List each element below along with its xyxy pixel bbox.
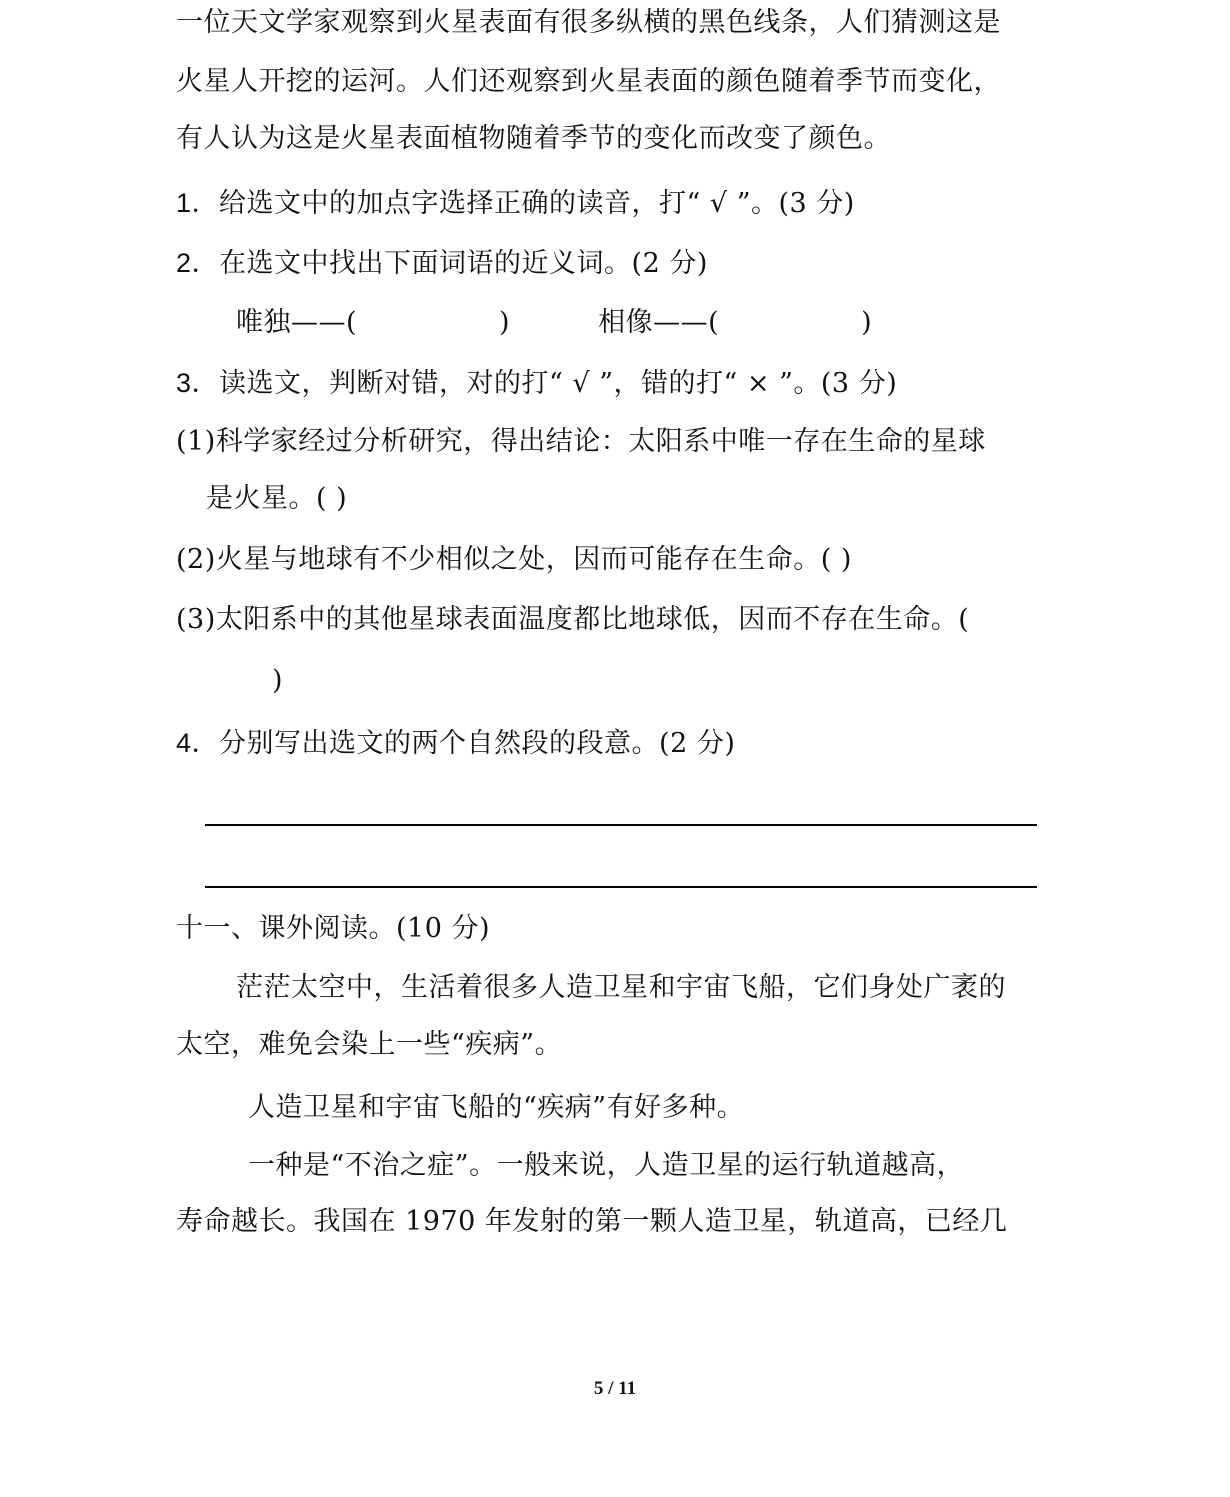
judge-item-2[interactable]: (2)火星与地球有不少相似之处，因而可能存在生命。( ) (176, 543, 852, 577)
reading-line-4: 一种是“不治之症”。一般来说，人造卫星的运行轨道越高， (248, 1149, 964, 1183)
judge-item-3-cont: ) (272, 664, 283, 698)
answer-line-2[interactable] (205, 886, 1037, 888)
reading-line-2: 太空，难免会染上一些“疾病”。 (176, 1028, 562, 1062)
question-text: 分别写出选文的两个自然段的段意。(2 分) (219, 728, 735, 759)
passage-line-1: 一位天文学家观察到火星表面有很多纵横的黑色线条，人们猜测这是 (176, 6, 1001, 40)
passage-line-2: 火星人开挖的运河。人们还观察到火星表面的颜色随着季节而变化， (176, 65, 1001, 99)
passage-line-3: 有人认为这是火星表面植物随着季节的变化而改变了颜色。 (176, 122, 891, 156)
judge-item-3[interactable]: (3)太阳系中的其他星球表面温度都比地球低，因而不存在生命。( (176, 603, 969, 637)
question-text: 给选文中的加点字选择正确的读音，打“ √ ”。(3 分) (219, 188, 855, 219)
synonym-word-1: 唯独——( (236, 307, 357, 338)
question-3: 3．读选文，判断对错，对的打“ √ ”，错的打“ × ”。(3 分) (176, 366, 897, 401)
synonym-word-2: 相像——( (598, 307, 719, 338)
judge-item-1: (1)科学家经过分析研究，得出结论：太阳系中唯一存在生命的星球 (176, 425, 986, 459)
question-number: 3． (176, 368, 219, 398)
judge-item-1-cont[interactable]: 是火星。( ) (206, 482, 347, 516)
question-text: 读选文，判断对错，对的打“ √ ”，错的打“ × ”。(3 分) (219, 368, 897, 399)
page-number: 5 / 11 (0, 1378, 1230, 1400)
close-paren: ) (861, 307, 872, 338)
question-4: 4．分别写出选文的两个自然段的段意。(2 分) (176, 726, 735, 761)
question-number: 4． (176, 728, 219, 758)
question-text: 在选文中找出下面词语的近义词。(2 分) (219, 248, 708, 279)
question-1: 1．给选文中的加点字选择正确的读音，打“ √ ”。(3 分) (176, 186, 855, 221)
reading-line-1: 茫茫太空中，生活着很多人造卫星和宇宙飞船，它们身处广袤的 (236, 971, 1006, 1005)
question-number: 2． (176, 248, 219, 278)
close-paren: ) (499, 307, 510, 338)
reading-line-5: 寿命越长。我国在 1970 年发射的第一颗人造卫星，轨道高，已经几 (176, 1205, 1007, 1239)
reading-line-3: 人造卫星和宇宙飞船的“疾病”有好多种。 (248, 1091, 744, 1125)
question-2: 2．在选文中找出下面词语的近义词。(2 分) (176, 246, 708, 281)
synonym-row: 唯独——()相像——() (236, 306, 872, 340)
section-11-title: 十一、课外阅读。(10 分) (176, 912, 490, 946)
question-number: 1． (176, 188, 219, 218)
answer-line-1[interactable] (205, 824, 1037, 826)
